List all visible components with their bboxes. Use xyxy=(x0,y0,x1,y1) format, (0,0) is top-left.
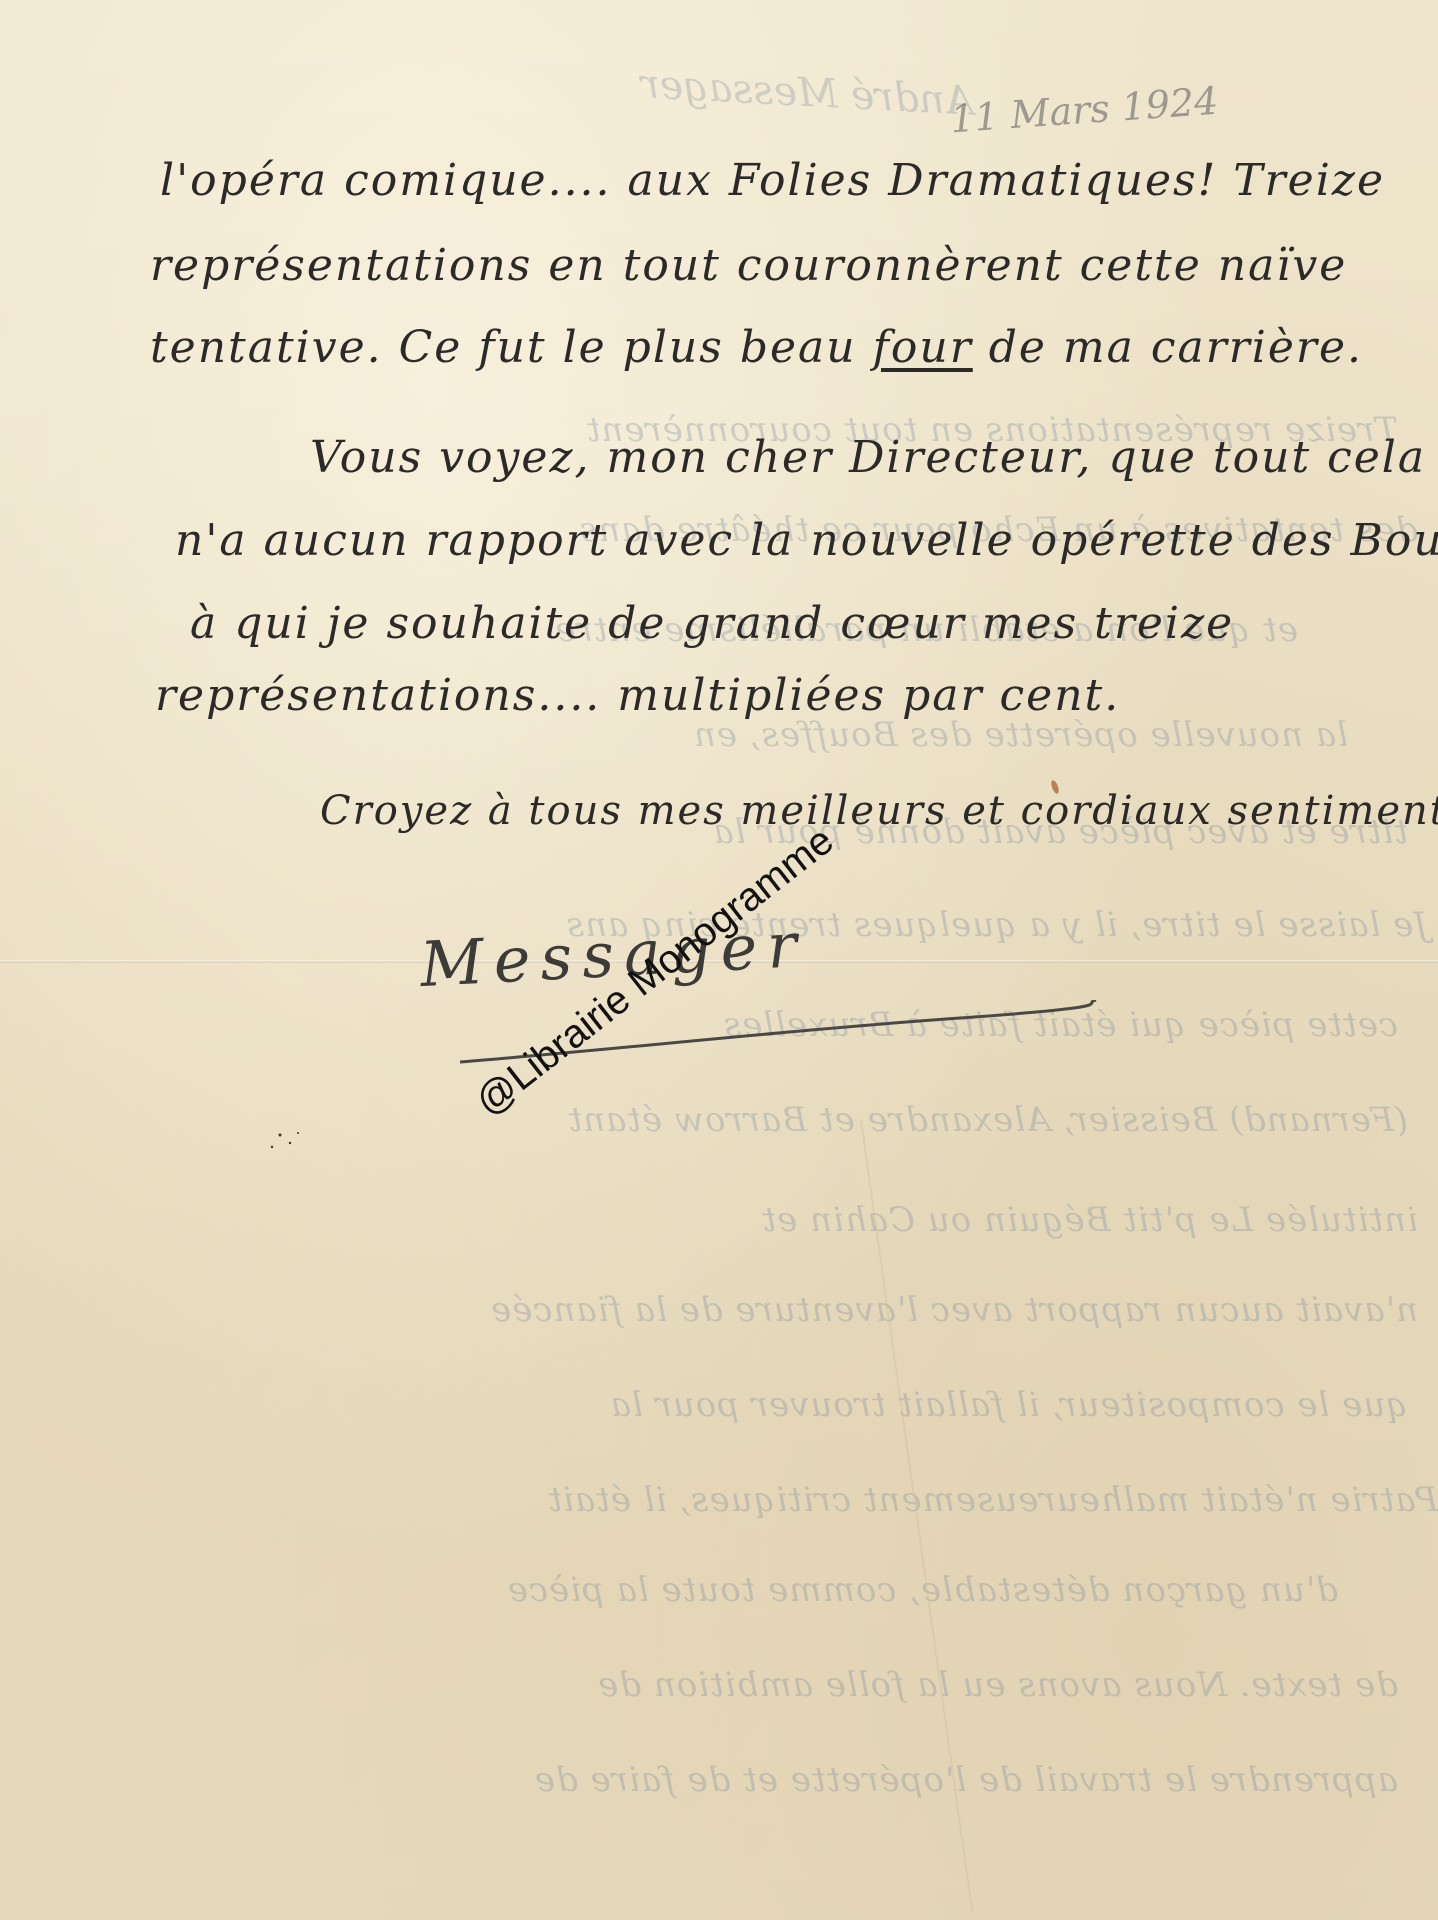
body-line-text: de ma carrière. xyxy=(973,322,1363,373)
bleed-line: intitulée Le p'tit Béguin ou Cahin et xyxy=(762,1200,1419,1240)
bleed-line: n'avait aucun rapport avec l'aventure de… xyxy=(490,1290,1418,1330)
body-line: Vous voyez, mon cher Directeur, que tout… xyxy=(310,432,1426,483)
letter-page: André Messager Treize représentations en… xyxy=(0,0,1438,1920)
body-line: l'opéra comique.... aux Folies Dramatiqu… xyxy=(160,155,1385,206)
letter-date: 11 Mars 1924 xyxy=(949,79,1220,142)
body-line: à qui je souhaite de grand cœur mes trei… xyxy=(190,598,1234,649)
body-line-text: représentations.... multipliées par cent… xyxy=(155,670,1120,721)
bleed-line: (Fernand) Beissier, Alexandre et Barrow … xyxy=(568,1100,1408,1140)
body-line: représentations en tout couronnèrent cet… xyxy=(150,240,1347,291)
body-line-text: à qui je souhaite de grand cœur mes trei… xyxy=(190,598,1234,649)
body-line: tentative. Ce fut le plus beau four de m… xyxy=(150,322,1363,373)
body-line-text: l'opéra comique.... aux Folies Dramatiqu… xyxy=(160,155,1385,206)
body-line-text: tentative. Ce fut le plus beau xyxy=(150,322,873,373)
bleed-line: que le compositeur, il fallait trouver p… xyxy=(610,1385,1408,1425)
closing-line: Croyez à tous mes meilleurs et cordiaux … xyxy=(320,788,1438,834)
body-line-text: représentations en tout couronnèrent cet… xyxy=(150,240,1347,291)
bleed-line: apprendre le travail de l'opérette et de… xyxy=(534,1760,1398,1800)
bleed-line: d'un garçon détestable, comme toute la p… xyxy=(507,1570,1338,1610)
bleed-line: de texte. Nous avons eu la folle ambitio… xyxy=(597,1665,1398,1705)
body-line-text: n'a aucun rapport avec la nouvelle opére… xyxy=(175,515,1438,566)
underlined-word: four xyxy=(873,322,973,373)
closing-text: Croyez à tous mes meilleurs et cordiaux … xyxy=(320,788,1438,834)
ink-specks xyxy=(220,1125,320,1165)
bleed-line: Patrie n'était malheureusement critiques… xyxy=(547,1480,1438,1520)
body-line-text: Vous voyez, mon cher Directeur, que tout… xyxy=(310,432,1426,483)
body-line: représentations.... multipliées par cent… xyxy=(155,670,1120,721)
fold-crease-diagonal xyxy=(860,1120,973,1912)
bleed-header: André Messager xyxy=(639,61,975,124)
body-line: n'a aucun rapport avec la nouvelle opére… xyxy=(175,515,1438,566)
bleed-line: la nouvelle opérette des Bouffes, en xyxy=(693,715,1348,755)
